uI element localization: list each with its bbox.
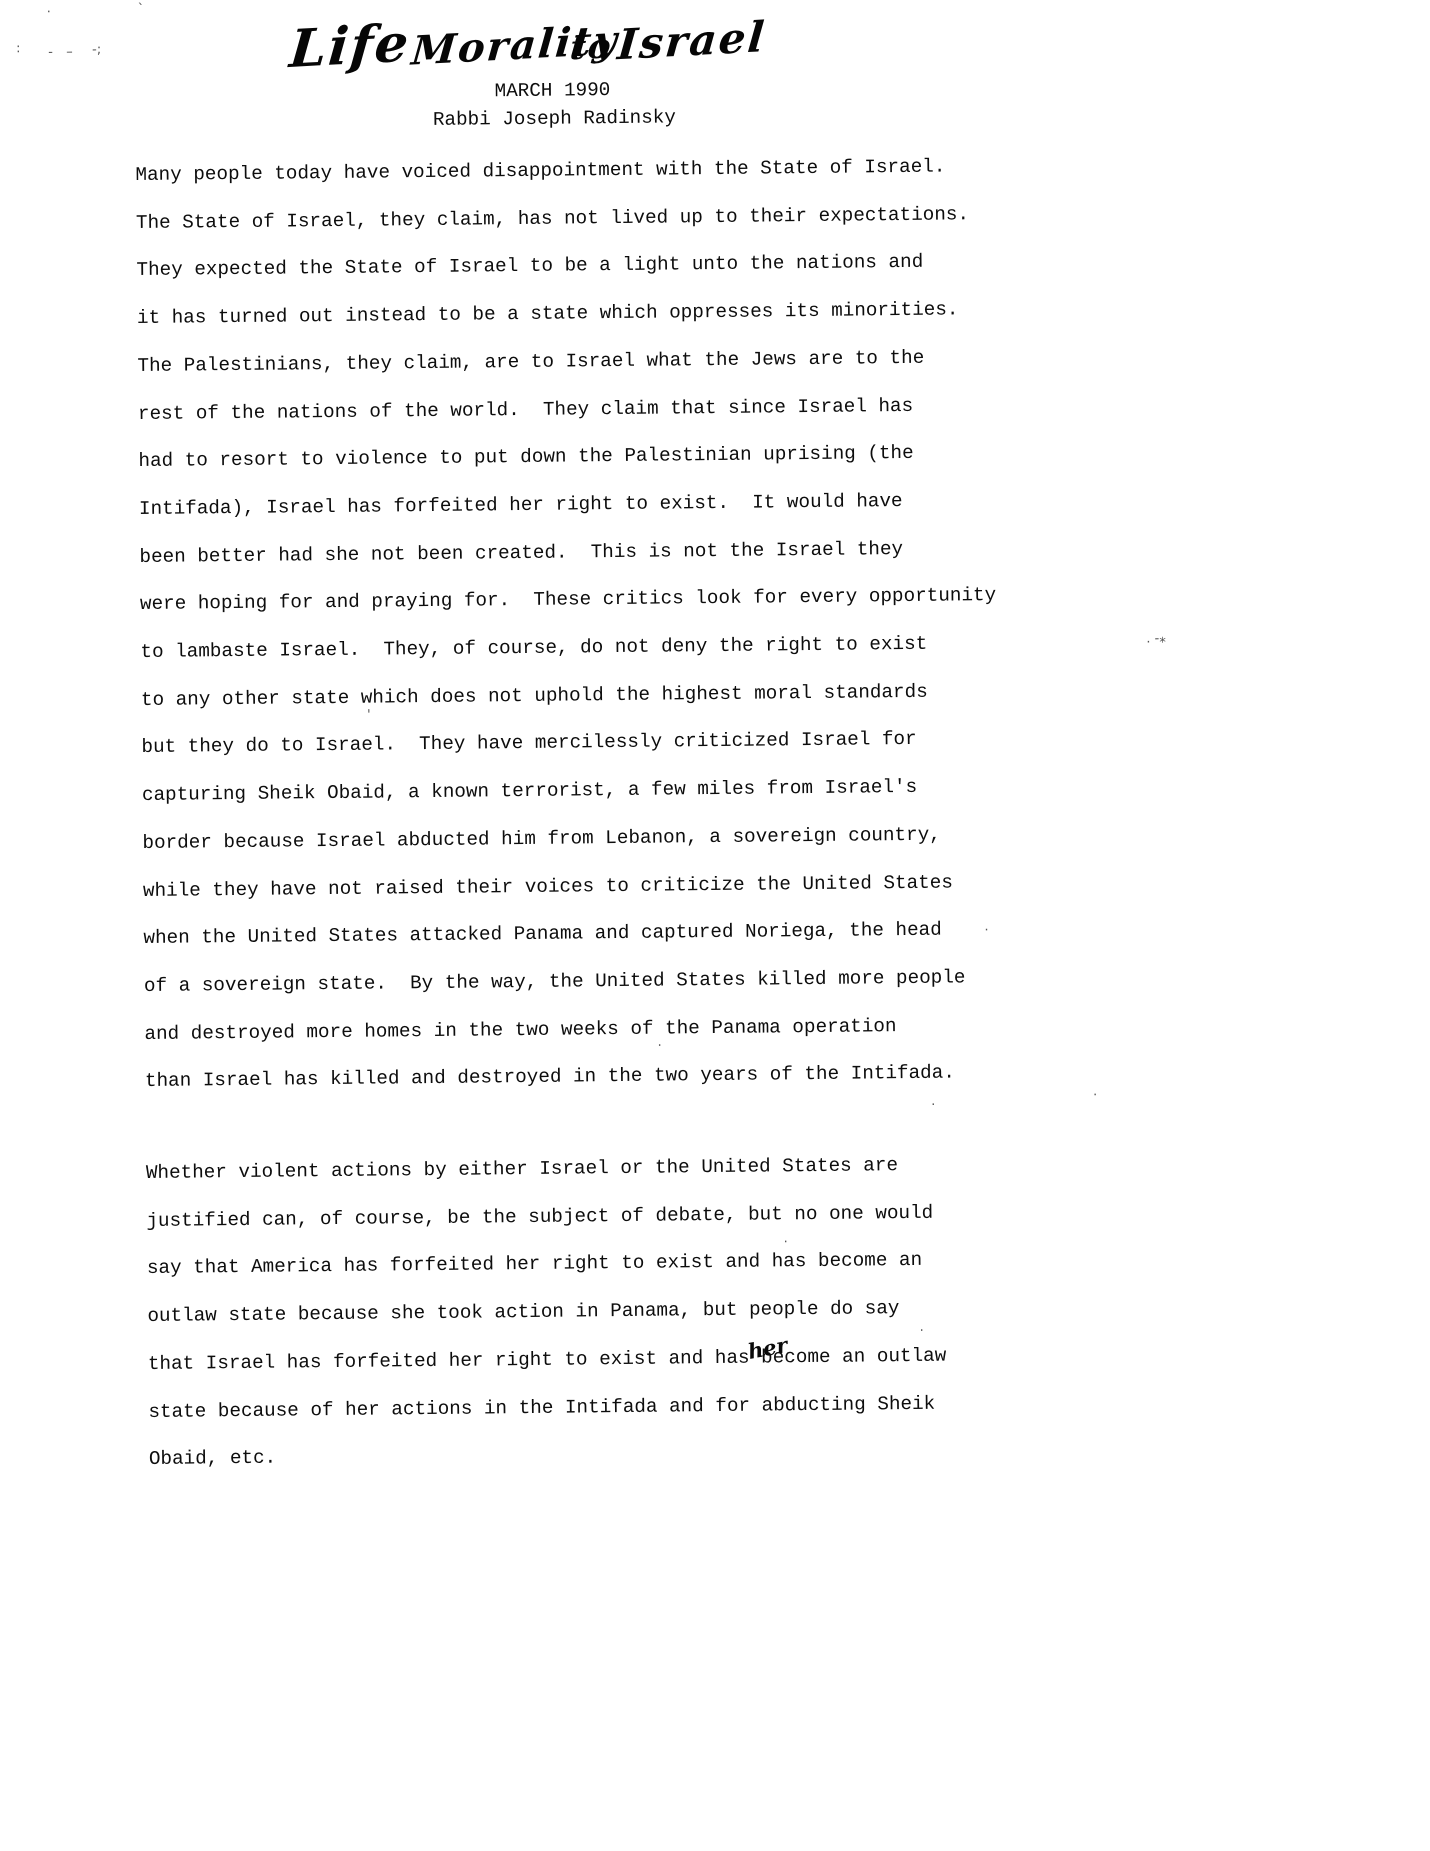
text-line: The Palestinians, they claim, are to Isr…	[137, 347, 924, 377]
text-line: They expected the State of Israel to be …	[136, 251, 923, 281]
scan-speck: ·	[658, 1039, 662, 1054]
text-line: capturing Sheik Obaid, a known terrorist…	[142, 776, 917, 806]
text-line: say that America has forfeited her right…	[147, 1249, 922, 1279]
scanned-sheet: Life Morality to Israel MARCH 1990 Rabbi…	[0, 0, 1430, 1851]
text-line: rest of the nations of the world. They c…	[138, 394, 913, 424]
text-line: border because Israel abducted him from …	[142, 823, 941, 853]
text-line: while they have not raised their voices …	[143, 871, 953, 901]
scan-noise-layer: ·`:-–-;'. -⁎····..	[0, 0, 1422, 2]
scan-speck: `	[138, 2, 145, 17]
handwritten-title-word: Israel	[616, 12, 768, 69]
text-line: Intifada), Israel has forfeited her righ…	[139, 490, 903, 520]
text-line: that Israel has forfeited her right to e…	[148, 1344, 947, 1374]
scan-speck: '	[367, 708, 371, 723]
scan-speck: ·	[931, 1098, 935, 1113]
handwritten-title-word: to	[568, 26, 614, 68]
document-body: Many people today have voiced disappoint…	[0, 0, 1422, 2]
text-line: were hoping for and praying for. These c…	[140, 584, 996, 615]
text-line: and destroyed more homes in the two week…	[144, 1015, 896, 1045]
text-line: of a sovereign state. By the way, the Un…	[144, 966, 966, 997]
text-line: it has turned out instead to be a state …	[137, 299, 959, 330]
text-line: been better had she not been created. Th…	[139, 538, 903, 568]
text-line: The State of Israel, they claim, has not…	[136, 203, 969, 234]
scan-speck: ·	[47, 5, 51, 20]
text-line: had to resort to violence to put down th…	[138, 442, 913, 472]
scan-speck: . -⁎	[1146, 631, 1166, 646]
text-line: when the United States attacked Panama a…	[143, 919, 942, 949]
text-line: than Israel has killed and destroyed in …	[145, 1062, 955, 1092]
scan-speck: ·	[1093, 1088, 1097, 1103]
scan-speck: ·	[984, 923, 988, 938]
scan-speck: .	[919, 1320, 923, 1335]
scan-speck: -;	[92, 42, 101, 57]
handwritten-title-word: Life	[287, 13, 413, 80]
scan-speck: :	[16, 41, 21, 56]
text-line: justified can, of course, be the subject…	[146, 1201, 933, 1231]
scan-speck: -	[48, 45, 53, 60]
date-line: MARCH 1990	[494, 79, 610, 102]
document-page: Life Morality to Israel MARCH 1990 Rabbi…	[0, 0, 1430, 1851]
scan-speck: .	[784, 1231, 788, 1246]
text-line: Many people today have voiced disappoint…	[135, 156, 945, 186]
text-line: to lambaste Israel. They, of course, do …	[140, 633, 927, 663]
scan-speck: –	[66, 45, 73, 60]
author-line: Rabbi Joseph Radinsky	[433, 106, 676, 131]
text-line: Whether violent actions by either Israel…	[146, 1154, 898, 1184]
text-line: to any other state which does not uphold…	[141, 680, 928, 710]
text-line: outlaw state because she took action in …	[147, 1297, 899, 1327]
text-line: but they do to Israel. They have mercile…	[141, 728, 916, 758]
text-line: Obaid, etc.	[149, 1447, 277, 1470]
text-line: state because of her actions in the Inti…	[148, 1392, 935, 1422]
